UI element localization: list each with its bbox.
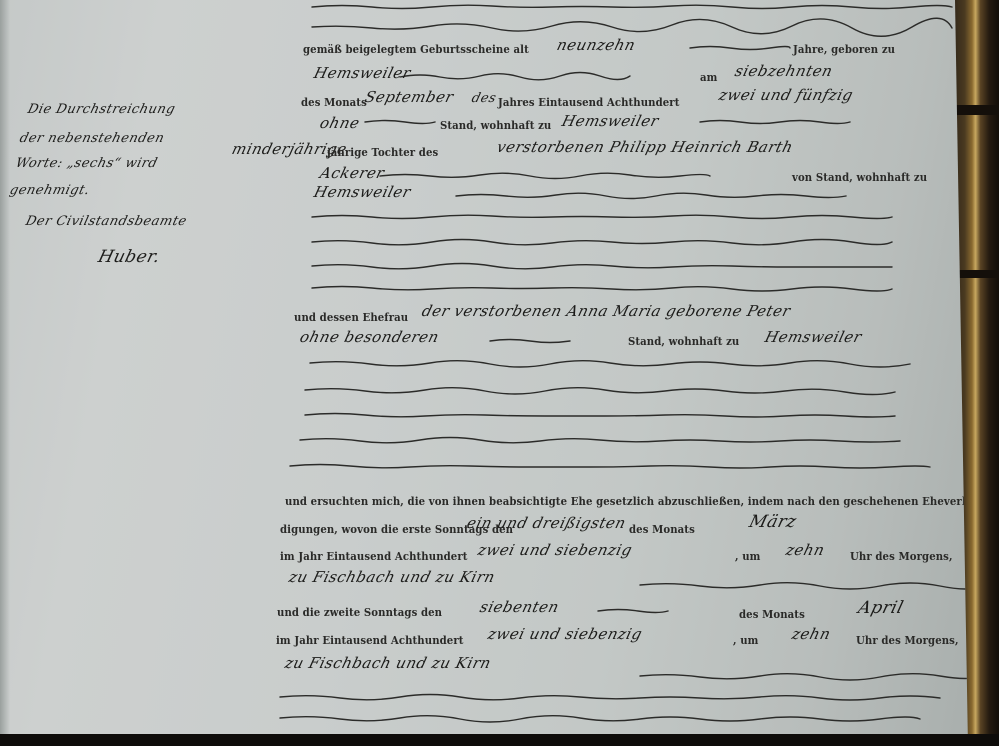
margin-note-line-3: Worte: „sechs“ wird	[14, 156, 159, 171]
hw-father-occupation: Ackerer	[318, 164, 386, 182]
form-text-year-label: Jahres Eintausend Achthundert	[498, 95, 679, 109]
form-text-age-label: gemäß beigelegtem Geburtsscheine alt	[303, 42, 529, 56]
form-text-first-month-label: des Monats	[629, 522, 695, 536]
form-text-second-year-label: im Jahr Eintausend Achthundert	[276, 633, 464, 647]
form-text-first-um: , um	[735, 549, 760, 563]
hw-first-banns-month: März	[747, 512, 799, 532]
hw-first-banns-place: zu Fischbach und zu Kirn	[287, 568, 497, 586]
form-text-first-year-label: im Jahr Eintausend Achthundert	[280, 549, 468, 563]
form-text-request: und ersuchten mich, die von ihnen beabsi…	[285, 494, 988, 508]
hw-mother-name: der verstorbenen Anna Maria geborene Pet…	[420, 302, 792, 320]
margin-note-line-2: der nebenstehenden	[18, 131, 166, 146]
hw-age: neunzehn	[555, 36, 637, 54]
form-text-born-at: Jahre, geboren zu	[793, 42, 895, 56]
form-text-first-morning: Uhr des Morgens,	[850, 549, 953, 563]
hw-father-name: verstorbenen Philipp Heinrich Barth	[495, 138, 795, 156]
form-text-second-um: , um	[733, 633, 758, 647]
hw-first-banns-hour: zehn	[784, 541, 827, 559]
register-page: Die Durchstreichung der nebenstehenden W…	[0, 0, 968, 738]
form-text-second-month-label: des Monats	[739, 607, 805, 621]
form-text-am: am	[700, 70, 717, 84]
hw-birthplace: Hemsweiler	[312, 64, 413, 82]
form-text-stand-residence: Stand, wohnhaft zu	[440, 118, 551, 132]
hw-first-banns-year: zwei und siebenzig	[476, 541, 634, 559]
margin-note-line-1: Die Durchstreichung	[26, 102, 177, 117]
hw-mother-occupation: ohne besonderen	[298, 328, 441, 346]
form-text-second-banns: und die zweite Sonntags den	[277, 605, 442, 619]
hw-second-banns-month: April	[856, 598, 906, 618]
hw-second-banns-day: siebenten	[478, 598, 561, 616]
hw-birth-month: September	[363, 88, 456, 106]
margin-note-line-5: Der Civilstandsbeamte	[24, 214, 188, 229]
hw-father-residence: Hemsweiler	[312, 183, 413, 201]
hw-residence: Hemsweiler	[560, 112, 661, 130]
form-text-month-label: des Monats	[301, 95, 367, 109]
hw-second-banns-hour: zehn	[790, 625, 833, 643]
hw-birth-day: siebzehnten	[733, 62, 835, 80]
form-text-mother-stand: Stand, wohnhaft zu	[628, 334, 739, 348]
form-text-wife-label: und dessen Ehefrau	[294, 310, 408, 324]
hw-second-banns-place: zu Fischbach und zu Kirn	[283, 654, 493, 672]
hw-birth-year: zwei und fünfzig	[717, 86, 855, 104]
form-text-second-morning: Uhr des Morgens,	[856, 633, 959, 647]
form-text-daughter-of: jährige Tochter des	[327, 145, 438, 159]
form-text-father-stand: von Stand, wohnhaft zu	[792, 170, 927, 184]
desk-shadow	[0, 734, 999, 746]
margin-note-line-4: genehmigt.	[8, 183, 91, 198]
hw-second-banns-year: zwei und siebenzig	[486, 625, 644, 643]
hw-insert-des: des	[470, 91, 498, 106]
hw-occupation: ohne	[318, 114, 362, 132]
hw-first-banns-day: ein und dreißigsten	[465, 514, 628, 532]
hw-mother-residence: Hemsweiler	[763, 328, 864, 346]
margin-note-signature: Huber.	[96, 247, 162, 267]
